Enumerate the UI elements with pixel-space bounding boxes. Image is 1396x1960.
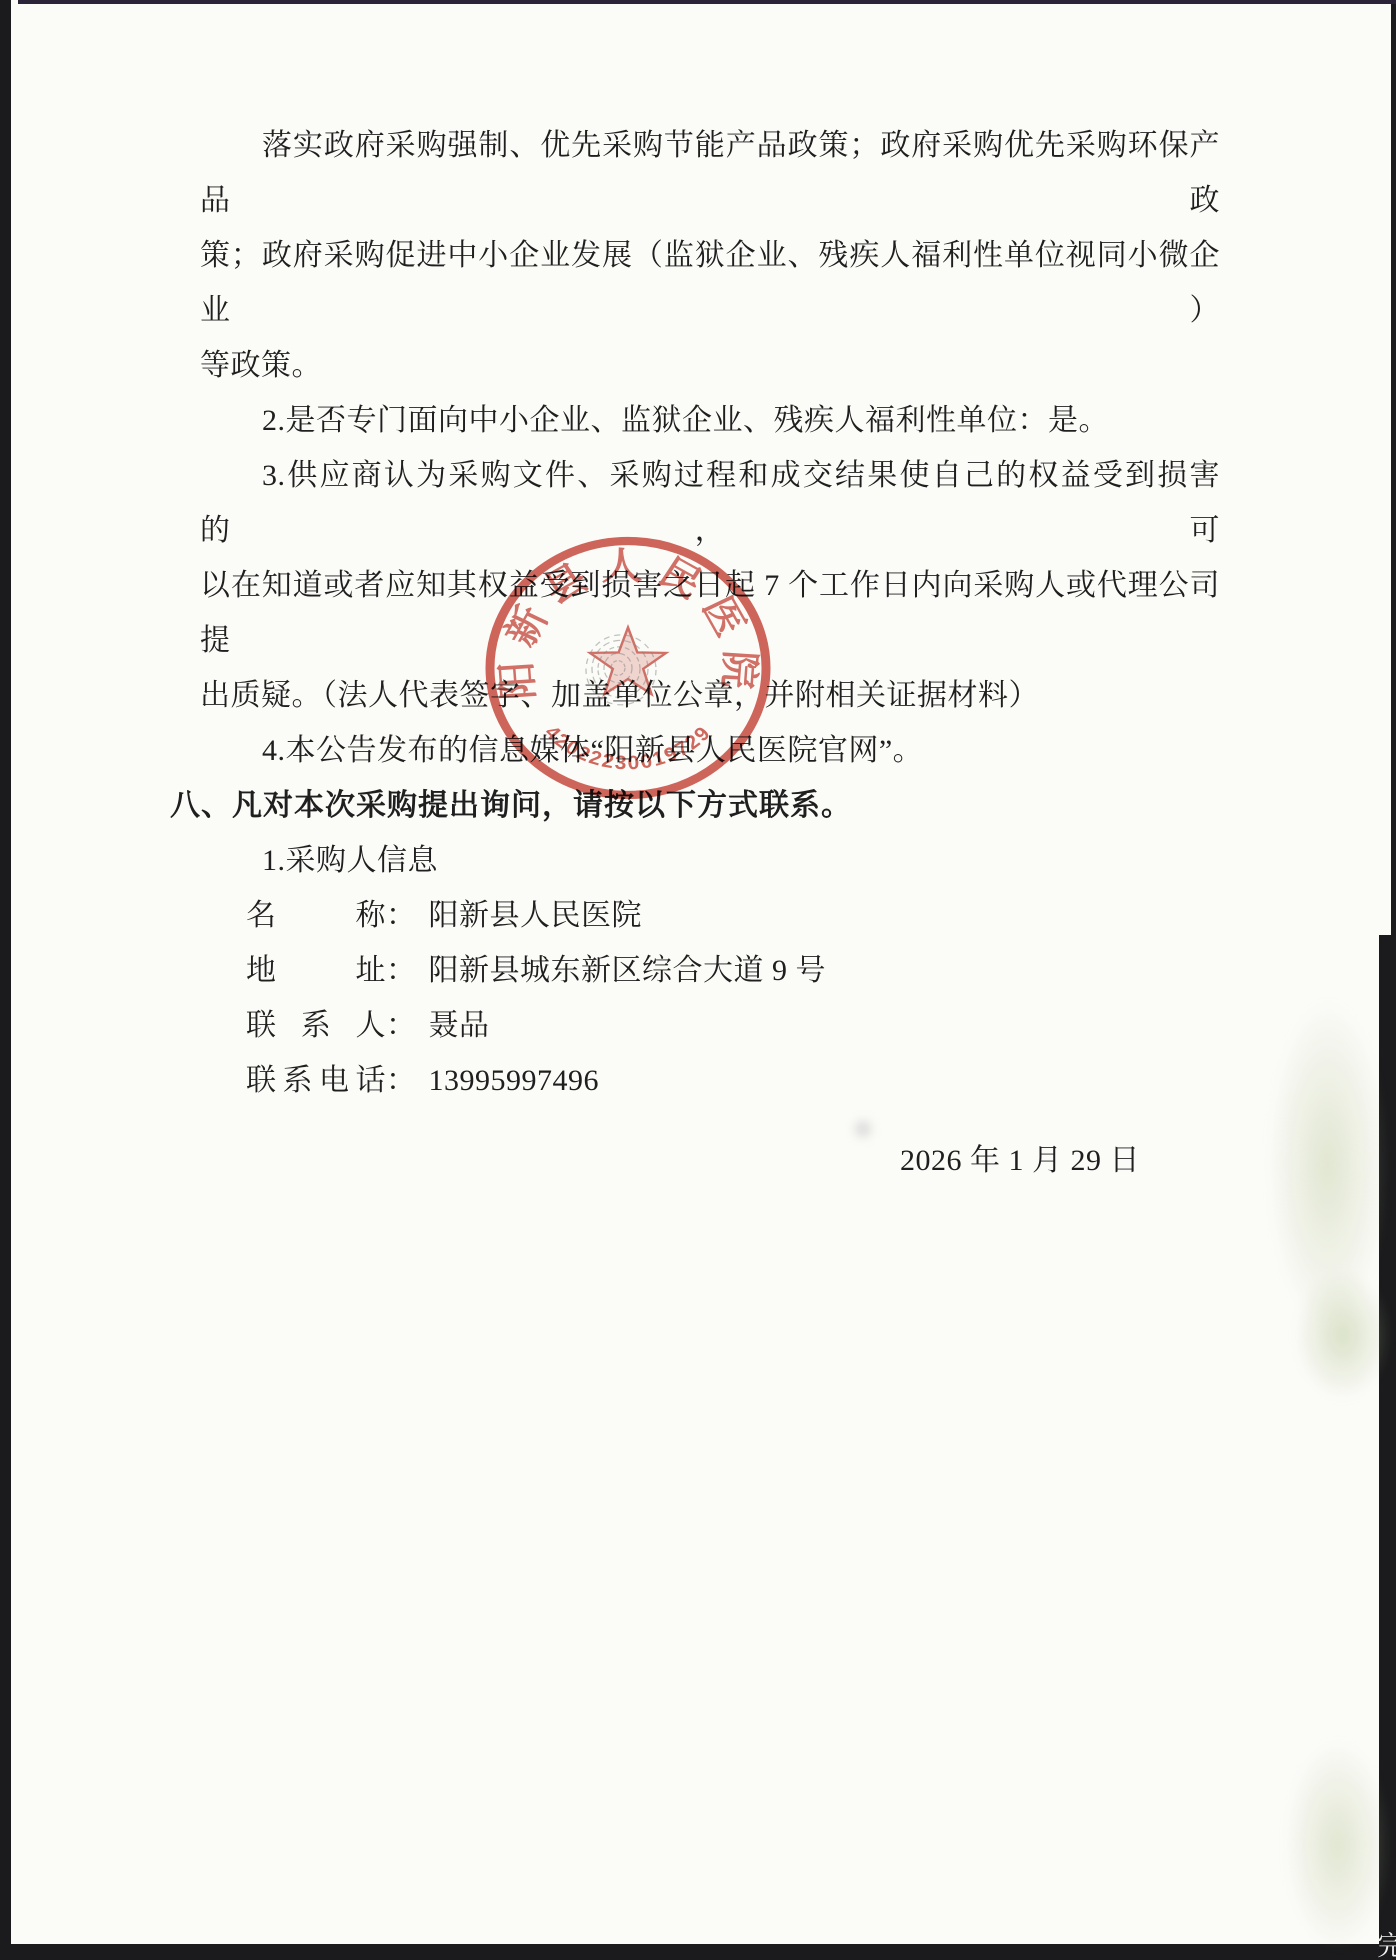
scan-edge-top	[18, 0, 1396, 4]
contact-row-name: 名称：阳新县人民医院	[200, 888, 1220, 943]
contact-row-phone: 联系电话：13995997496	[200, 1053, 1220, 1108]
document-body: 落实政府采购强制、优先采购节能产品政策；政府采购优先采购环保产品政 策；政府采购…	[200, 118, 1220, 1188]
contact-phone-value: 13995997496	[429, 1064, 600, 1097]
item-3-line-1: 3.供应商认为采购文件、采购过程和成交结果使自己的权益受到损害的，可	[200, 448, 1220, 558]
contact-person-label: 联系人	[246, 998, 386, 1053]
contact-phone-label: 联系电话	[246, 1053, 386, 1108]
contact-row-address: 地址：阳新县城东新区综合大道 9 号	[200, 943, 1220, 998]
scanned-document-page: 完 落实政府采购强制、优先采购节能产品政策；政府采购优先采购环保产品政 策；政府…	[0, 0, 1396, 1960]
contact-colon: ：	[386, 899, 417, 932]
policy-paragraph-line-1: 落实政府采购强制、优先采购节能产品政策；政府采购优先采购环保产品政	[200, 118, 1220, 228]
contact-colon: ：	[386, 1009, 417, 1042]
item-4-line: 4.本公告发布的信息媒体“阳新县人民医院官网”。	[200, 723, 1220, 778]
scan-edge-bottom	[0, 1944, 1396, 1960]
scan-smudge	[1285, 1740, 1390, 1950]
contact-name-label: 名称	[246, 888, 386, 943]
section-8-heading: 八、凡对本次采购提出询问，请按以下方式联系。	[170, 778, 1220, 833]
item-3-line-3: 出质疑。（法人代表签字、加盖单位公章，并附相关证据材料）	[200, 668, 1220, 723]
scan-smudge	[1295, 1270, 1390, 1400]
document-date: 2026 年 1 月 29 日	[200, 1133, 1220, 1188]
item-3-line-2: 以在知道或者应知其权益受到损害之日起 7 个工作日内向采购人或代理公司提	[200, 558, 1220, 668]
scan-edge-left	[0, 0, 11, 1960]
contact-address-value: 阳新县城东新区综合大道 9 号	[429, 954, 827, 987]
purchaser-info-heading: 1.采购人信息	[200, 833, 1220, 888]
contact-row-person: 联系人：聂品	[200, 998, 1220, 1053]
contact-address-label: 地址	[246, 943, 386, 998]
contact-colon: ：	[386, 954, 417, 987]
contact-colon: ：	[386, 1064, 417, 1097]
policy-paragraph-line-2: 策；政府采购促进中小企业发展（监狱企业、残疾人福利性单位视同小微企业）	[200, 228, 1220, 338]
contact-person-value: 聂品	[429, 1009, 490, 1042]
item-2-line: 2.是否专门面向中小企业、监狱企业、残疾人福利性单位：是。	[200, 393, 1220, 448]
page-end-mark: 完	[1377, 1924, 1396, 1960]
policy-paragraph-line-3: 等政策。	[200, 338, 1220, 393]
contact-name-value: 阳新县人民医院	[429, 899, 643, 932]
